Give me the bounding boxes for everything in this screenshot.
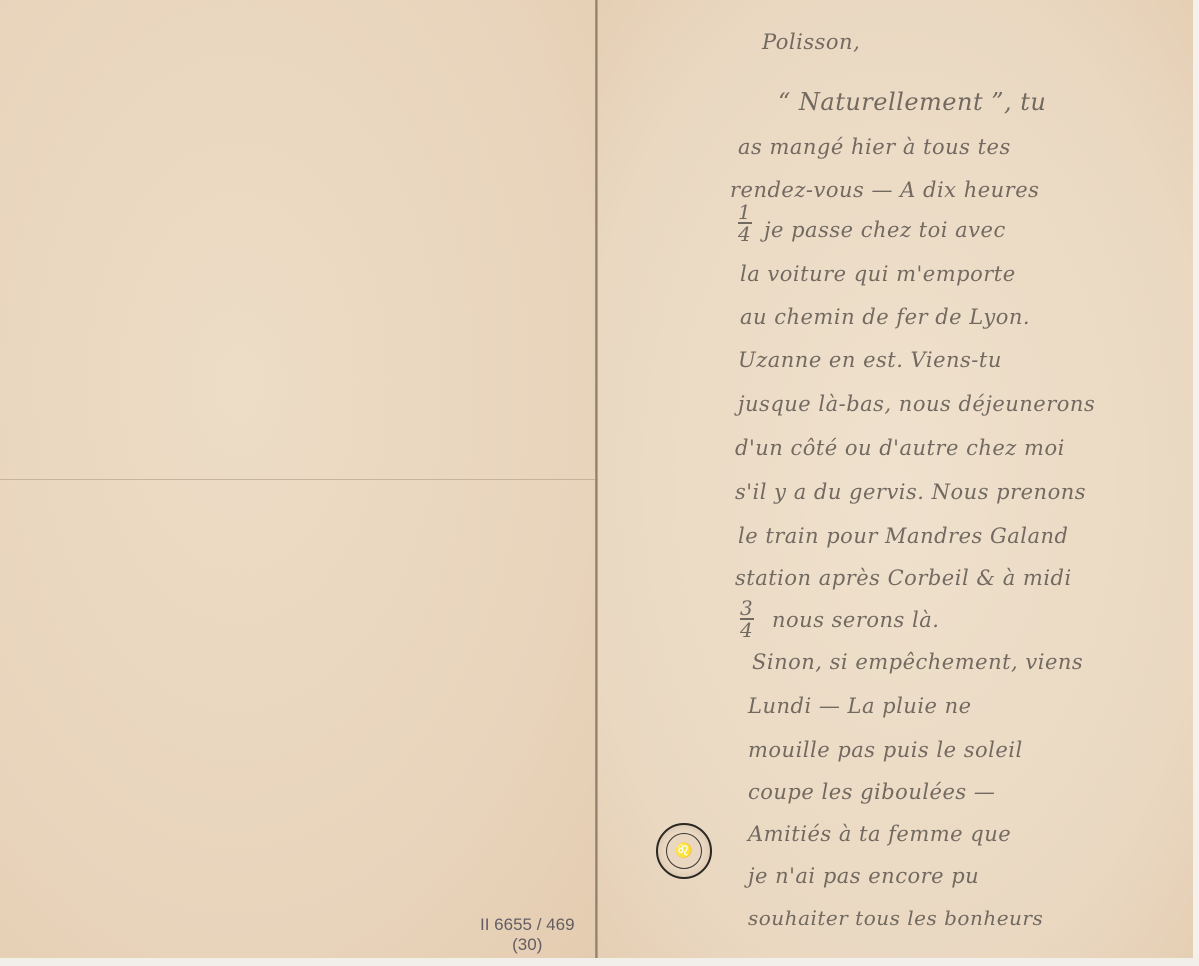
letter-line: jusque là-bas, nous déjeunerons <box>738 392 1095 416</box>
shelfmark: II 6655 / 469 (30) <box>480 915 575 955</box>
letter-line: Uzanne en est. Viens-tu <box>738 348 1002 372</box>
scan-margin-bottom <box>0 958 1199 966</box>
scan-margin-right <box>1193 0 1199 966</box>
letter-line: souhaiter tous les bonheurs <box>748 906 1043 930</box>
letter-line: nous serons là. <box>772 608 939 632</box>
letter-line: s'il y a du gervis. Nous prenons <box>735 480 1086 504</box>
letter-line: je n'ai pas encore pu <box>748 864 979 888</box>
fraction-one-quarter: 1 4 <box>738 202 752 244</box>
letter-line: au chemin de fer de Lyon. <box>740 305 1030 329</box>
shelfmark-item: (30) <box>480 935 575 955</box>
letter-line: as mangé hier à tous tes <box>738 135 1011 159</box>
center-fold-line <box>595 0 598 958</box>
letter-line: rendez-vous — A dix heures <box>730 178 1039 202</box>
library-stamp: ♌ <box>656 823 712 879</box>
letter-line: station après Corbeil & à midi <box>735 566 1072 590</box>
fraction-numerator: 1 <box>738 202 752 222</box>
horizontal-fold-line <box>0 479 596 480</box>
fraction-denominator: 4 <box>738 224 752 244</box>
fraction-denominator: 4 <box>740 620 754 640</box>
fraction-three-quarters: 3 4 <box>740 598 754 640</box>
lion-emblem-icon: ♌ <box>666 833 702 869</box>
letter-line: “ Naturellement ”, tu <box>778 88 1046 116</box>
letter-line: mouille pas puis le soleil <box>748 738 1023 762</box>
letter-line: Lundi — La pluie ne <box>748 694 972 718</box>
letter-line: Amitiés à ta femme que <box>748 822 1011 846</box>
salutation: Polisson, <box>762 30 860 54</box>
letter-sheet <box>0 0 1199 958</box>
letter-line: le train pour Mandres Galand <box>738 524 1068 548</box>
fraction-numerator: 3 <box>740 598 754 618</box>
shelfmark-number: II 6655 / 469 <box>480 915 575 935</box>
letter-line: la voiture qui m'emporte <box>740 262 1016 286</box>
letter-line: Sinon, si empêchement, viens <box>752 650 1083 674</box>
letter-line: d'un côté ou d'autre chez moi <box>735 436 1065 460</box>
letter-line: je passe chez toi avec <box>764 218 1006 242</box>
letter-line: coupe les giboulées — <box>748 780 995 804</box>
